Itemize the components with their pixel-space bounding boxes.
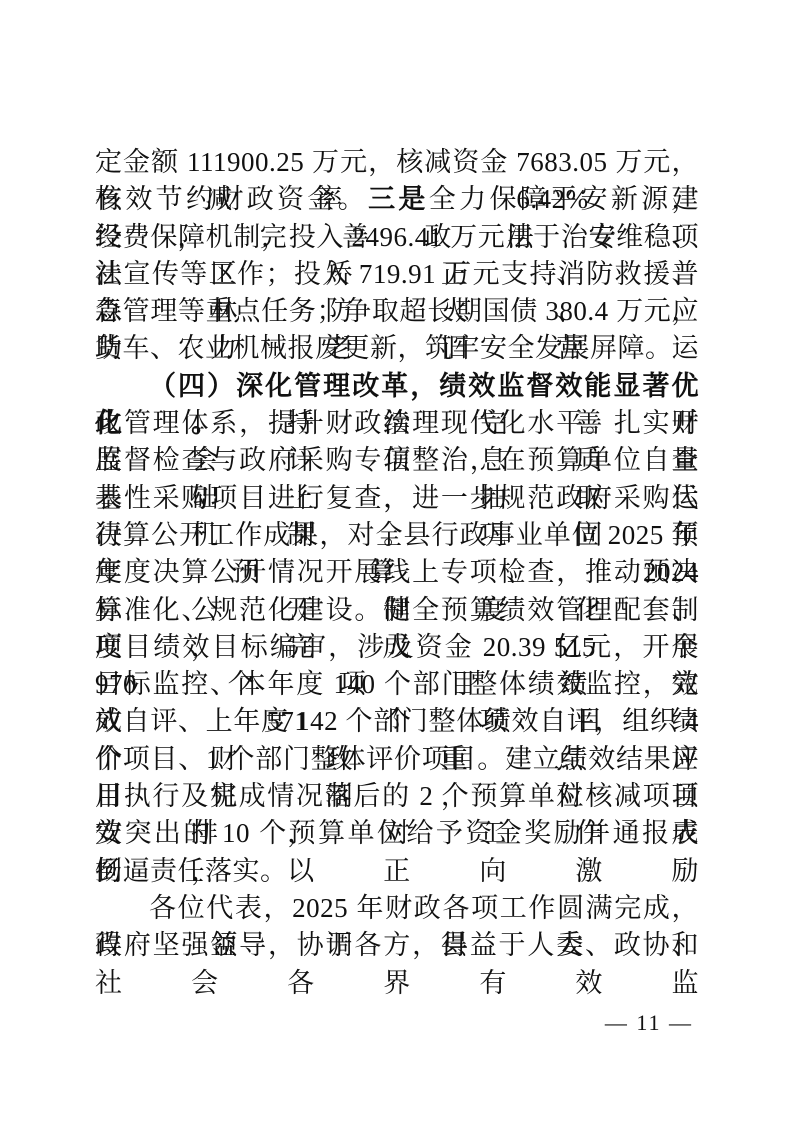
- text-line: 定金额 111900.25 万元，核减资金 7683.05 万元，核减率 6.4…: [95, 144, 699, 181]
- text-line: 经费保障机制，投入 2496.41 万元用于治安维稳、社区矫正、普: [95, 219, 699, 256]
- text-segment: 倒逼责任落实。: [95, 856, 288, 886]
- text-segment: 货车、农业机械报废更新，筑牢安全发展屏障。: [95, 333, 673, 363]
- text-line: 各位代表，2025 年财政各项工作圆满完成，得益于县委、: [95, 890, 699, 927]
- text-line: 年度决算公开情况开展线上专项检查，推动预决算公开制度化、: [95, 554, 699, 591]
- text-line: 有效节约财政资金。三是全力保障平安新源建设，完善政法专项: [95, 181, 699, 218]
- text-line: 价项目、1 个部门整体评价项目。建立绩效结果应用机制，对项: [95, 741, 699, 778]
- text-segment: 政府坚强领导，协调各方，得益于人大、政协和社会各界有效监: [95, 930, 699, 997]
- text-line: 目执行及完成情况落后的 2 个预算单位核减项目安排，对工作成: [95, 778, 699, 815]
- text-line: （四）深化管理改革，绩效监督效能显著优化。持续完善财: [95, 368, 699, 405]
- text-line: 政管理体系，提升财政治理现代化水平。扎实开展会计信息质量: [95, 405, 699, 442]
- text-line: 法宣传等工作；投入 719.91 万元支持消防救援、森林防火、应: [95, 256, 699, 293]
- text-line: 政府坚强领导，协调各方，得益于人大、政协和社会各界有效监: [95, 927, 699, 964]
- text-line: 项目绩效目标编审，涉及资金 20.39 亿元，开展 970 个项目绩效: [95, 629, 699, 666]
- text-line: 货车、农业机械报废更新，筑牢安全发展屏障。: [95, 330, 699, 367]
- text-segment: 有效节约财政资金。: [95, 184, 368, 214]
- text-line: 急管理等重点任务；争取超长期国债 380.4 万元，助力老旧营运: [95, 293, 699, 330]
- text-line: 表性采购项目进行复查，进一步规范政府采购运行机制。巩固预: [95, 480, 699, 517]
- text-segment-bold: 三是: [368, 184, 429, 214]
- document-body: 定金额 111900.25 万元，核减资金 7683.05 万元，核减率 6.4…: [95, 144, 699, 965]
- text-line: 标准化、规范化建设。健全预算绩效管理配套制度，完成 515 个: [95, 592, 699, 629]
- text-line: 目标监控、本年度 140 个部门整体绩效监控，完成 571 个项目绩: [95, 666, 699, 703]
- text-line: 监督检查与政府采购专项整治，在预算单位自查基础上，抽取代: [95, 442, 699, 479]
- text-line: 效突出的 10 个预算单位给予资金奖励并通报表扬，以正向激励: [95, 815, 699, 852]
- document-page: 定金额 111900.25 万元，核减资金 7683.05 万元，核减率 6.4…: [0, 0, 793, 1122]
- text-line: 决算公开工作成果，对全县行政事业单位 2025 年度预算、2024: [95, 517, 699, 554]
- text-line: 效自评、上年度 142 个部门整体绩效自评，组织 4 个财政重点评: [95, 703, 699, 740]
- page-number: — 11 —: [605, 1008, 693, 1038]
